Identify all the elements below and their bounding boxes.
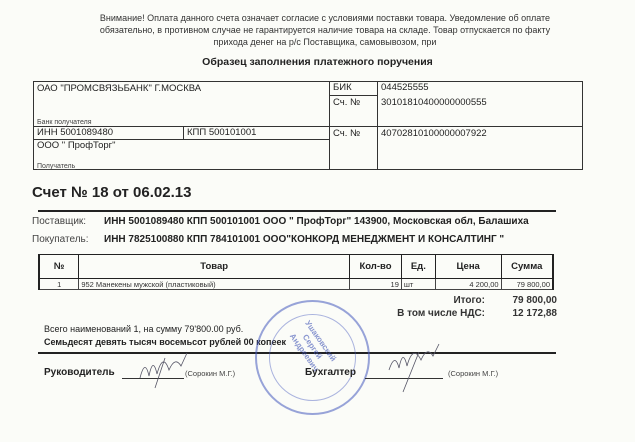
col-header-product: Товар	[79, 255, 350, 279]
account-label: Сч. №	[333, 128, 360, 139]
kpp-cell: КПП 500101001	[184, 127, 330, 140]
bank-name-cell: ОАО "ПРОМСВЯЗЬБАНК" Г.МОСКВА Банк получа…	[34, 82, 330, 127]
corr-account-label-cell: Сч. №	[330, 96, 378, 127]
company-stamp: Ушаковский Сергей Андреевич	[255, 300, 370, 415]
recipient-label: Получатель	[37, 163, 75, 170]
vat-value: 12 172,88	[485, 308, 557, 321]
cell-qty: 19	[350, 279, 402, 290]
supplier-row: Поставщик:ИНН 5001089480 КПП 500101001 О…	[32, 216, 529, 227]
accountant-signature-icon	[385, 340, 445, 400]
cell-product: 952 Манекены мужской (пластиковый)	[79, 279, 350, 290]
inn-cell: ИНН 5001089480	[34, 127, 184, 140]
director-label: Руководитель	[44, 367, 115, 378]
director-signature-icon	[135, 348, 195, 403]
corr-account-label: Сч. №	[333, 97, 360, 108]
inn: ИНН 5001089480	[37, 127, 113, 138]
items-count-summary: Всего наименований 1, на сумму 79'800.00…	[44, 324, 243, 334]
notice-line-2: обязательно, в противном случае не гаран…	[80, 24, 570, 36]
recipient-name: ООО " ПрофТорг"	[37, 140, 326, 151]
supplier-value: ИНН 5001089480 КПП 500101001 ООО " ПрофТ…	[104, 216, 529, 227]
vat-row: В том числе НДС: 12 172,88	[360, 308, 557, 321]
buyer-label: Покупатель:	[32, 234, 104, 245]
cell-sum: 79 800,00	[501, 279, 553, 290]
cell-number: 1	[39, 279, 79, 290]
sample-title: Образец заполнения платежного поручения	[0, 56, 635, 68]
col-header-sum: Сумма	[501, 255, 553, 279]
col-header-qty: Кол-во	[350, 255, 402, 279]
total-value: 79 800,00	[485, 295, 557, 308]
items-table: № Товар Кол-во Ед. Цена Сумма 1 952 Мане…	[38, 254, 554, 290]
title-divider	[38, 210, 556, 212]
bik-label-cell: БИК	[330, 82, 378, 96]
table-header-row: № Товар Кол-во Ед. Цена Сумма	[39, 255, 553, 279]
total-row: Итого: 79 800,00	[360, 295, 557, 308]
bik-cell: 044525555	[378, 82, 583, 96]
bik-label: БИК	[333, 82, 352, 93]
buyer-value: ИНН 7825100880 КПП 784101001 ООО"КОНКОРД…	[104, 234, 504, 245]
bik-value: 044525555	[381, 82, 429, 93]
col-header-number: №	[39, 255, 79, 279]
invoice-title: Счет № 18 от 06.02.13	[32, 184, 191, 201]
table-row: 1 952 Манекены мужской (пластиковый) 19 …	[39, 279, 553, 290]
amount-in-words: Семьдесят девять тысяч восемьсот рублей …	[44, 337, 286, 347]
corr-account-value: 30101810400000000555	[381, 97, 487, 108]
total-label: Итого:	[453, 295, 485, 308]
accountant-label: Бухгалтер	[305, 367, 356, 378]
accountant-name: (Сорокин М.Г.)	[448, 369, 498, 378]
account-label-cell: Сч. №	[330, 127, 378, 170]
bank-name: ОАО "ПРОМСВЯЗЬБАНК" Г.МОСКВА	[37, 83, 326, 94]
recipient-cell: ООО " ПрофТорг" Получатель	[34, 140, 330, 170]
kpp: КПП 500101001	[187, 127, 256, 138]
supplier-label: Поставщик:	[32, 216, 104, 227]
account-value: 40702810100000007922	[381, 128, 487, 139]
bank-label: Банк получателя	[37, 119, 92, 126]
payment-notice: Внимание! Оплата данного счета означает …	[80, 12, 570, 48]
totals-block: Итого: 79 800,00 В том числе НДС: 12 172…	[360, 295, 557, 321]
cell-price: 4 200,00	[435, 279, 501, 290]
bank-details-box: ОАО "ПРОМСВЯЗЬБАНК" Г.МОСКВА Банк получа…	[33, 81, 583, 170]
account-cell: 40702810100000007922	[378, 127, 583, 170]
col-header-unit: Ед.	[401, 255, 435, 279]
notice-line-3: прихода денег на р/с Поставщика, самовыв…	[80, 36, 570, 48]
col-header-price: Цена	[435, 255, 501, 279]
cell-unit: шт	[401, 279, 435, 290]
buyer-row: Покупатель:ИНН 7825100880 КПП 784101001 …	[32, 234, 504, 245]
notice-line-1: Внимание! Оплата данного счета означает …	[80, 12, 570, 24]
corr-account-cell: 30101810400000000555	[378, 96, 583, 127]
vat-label: В том числе НДС:	[397, 308, 485, 321]
